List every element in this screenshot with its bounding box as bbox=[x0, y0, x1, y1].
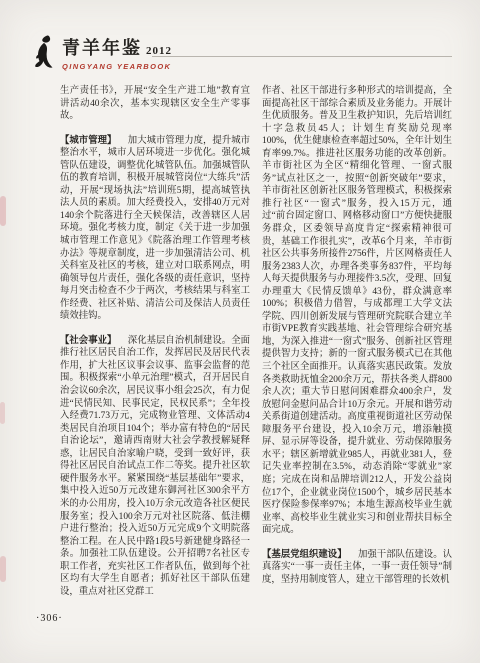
scan-artifact bbox=[0, 196, 6, 226]
logo-subtitle: QINGYANG YEARBOOK bbox=[62, 62, 172, 71]
paragraph-party-building: 【基层党组织建设】 加强干部队伍建设。认真落实“一事一责任主体，一事一责任领导”… bbox=[262, 548, 452, 587]
section-heading: 【社会事业】 bbox=[60, 334, 116, 345]
paragraph-text: 深化基层自治机制建设。全面推行社区居民自治工作，发挥居民及居民代表作用，扩大社区… bbox=[60, 336, 250, 597]
scan-artifact bbox=[0, 402, 5, 424]
paragraph-city-management: 【城市管理】 加大城市管理力度，提升城市整治水平，城市人居环境进一步优化。强化城… bbox=[60, 134, 250, 323]
paragraph-social-programs: 【社会事业】 深化基层自治机制建设。全面推行社区居民自治工作，发挥居民及居民代表… bbox=[60, 334, 250, 598]
paragraph-text: 作者、社区干部进行多种形式的培训提高，全面提高社区干部综合素质及业务能力。开展计… bbox=[262, 86, 452, 535]
paragraph-continuation: 生产责任书》，开展“安全生产进工地”教育宣讲活动40余次，基本实现辖区安全生产零… bbox=[60, 84, 250, 123]
paragraph-continuation: 作者、社区干部进行多种形式的培训提高，全面提高社区干部综合素质及业务能力。开展计… bbox=[262, 84, 452, 537]
page-header: 青羊年鉴 2012 QINGYANG YEARBOOK bbox=[33, 34, 172, 71]
section-heading: 【基层党组织建设】 bbox=[262, 548, 347, 559]
section-heading: 【城市管理】 bbox=[60, 134, 116, 145]
page-number: ·306· bbox=[36, 613, 63, 624]
left-column: 生产责任书》，开展“安全生产进工地”教育宣讲活动40余次，基本实现辖区安全生产零… bbox=[60, 84, 250, 598]
scan-artifact bbox=[0, 556, 6, 582]
header-rule bbox=[152, 56, 452, 57]
yearbook-page: 青羊年鉴 2012 QINGYANG YEARBOOK 生产责任书》，开展“安全… bbox=[0, 0, 480, 663]
logo-block: 青羊年鉴 2012 QINGYANG YEARBOOK bbox=[62, 34, 172, 71]
ram-calligraphy-icon bbox=[33, 34, 59, 70]
paragraph-text: 生产责任书》，开展“安全生产进工地”教育宣讲活动40余次，基本实现辖区安全生产零… bbox=[60, 86, 250, 121]
paragraph-text: 加大城市管理力度，提升城市整治水平，城市人居环境进一步优化。强化城管队伍建设，调… bbox=[60, 136, 250, 322]
two-column-text: 生产责任书》，开展“安全生产进工地”教育宣讲活动40余次，基本实现辖区安全生产零… bbox=[60, 84, 452, 598]
logo-title: 青羊年鉴 bbox=[62, 34, 142, 60]
right-column: 作者、社区干部进行多种形式的培训提高，全面提高社区干部综合素质及业务能力。开展计… bbox=[262, 84, 452, 598]
